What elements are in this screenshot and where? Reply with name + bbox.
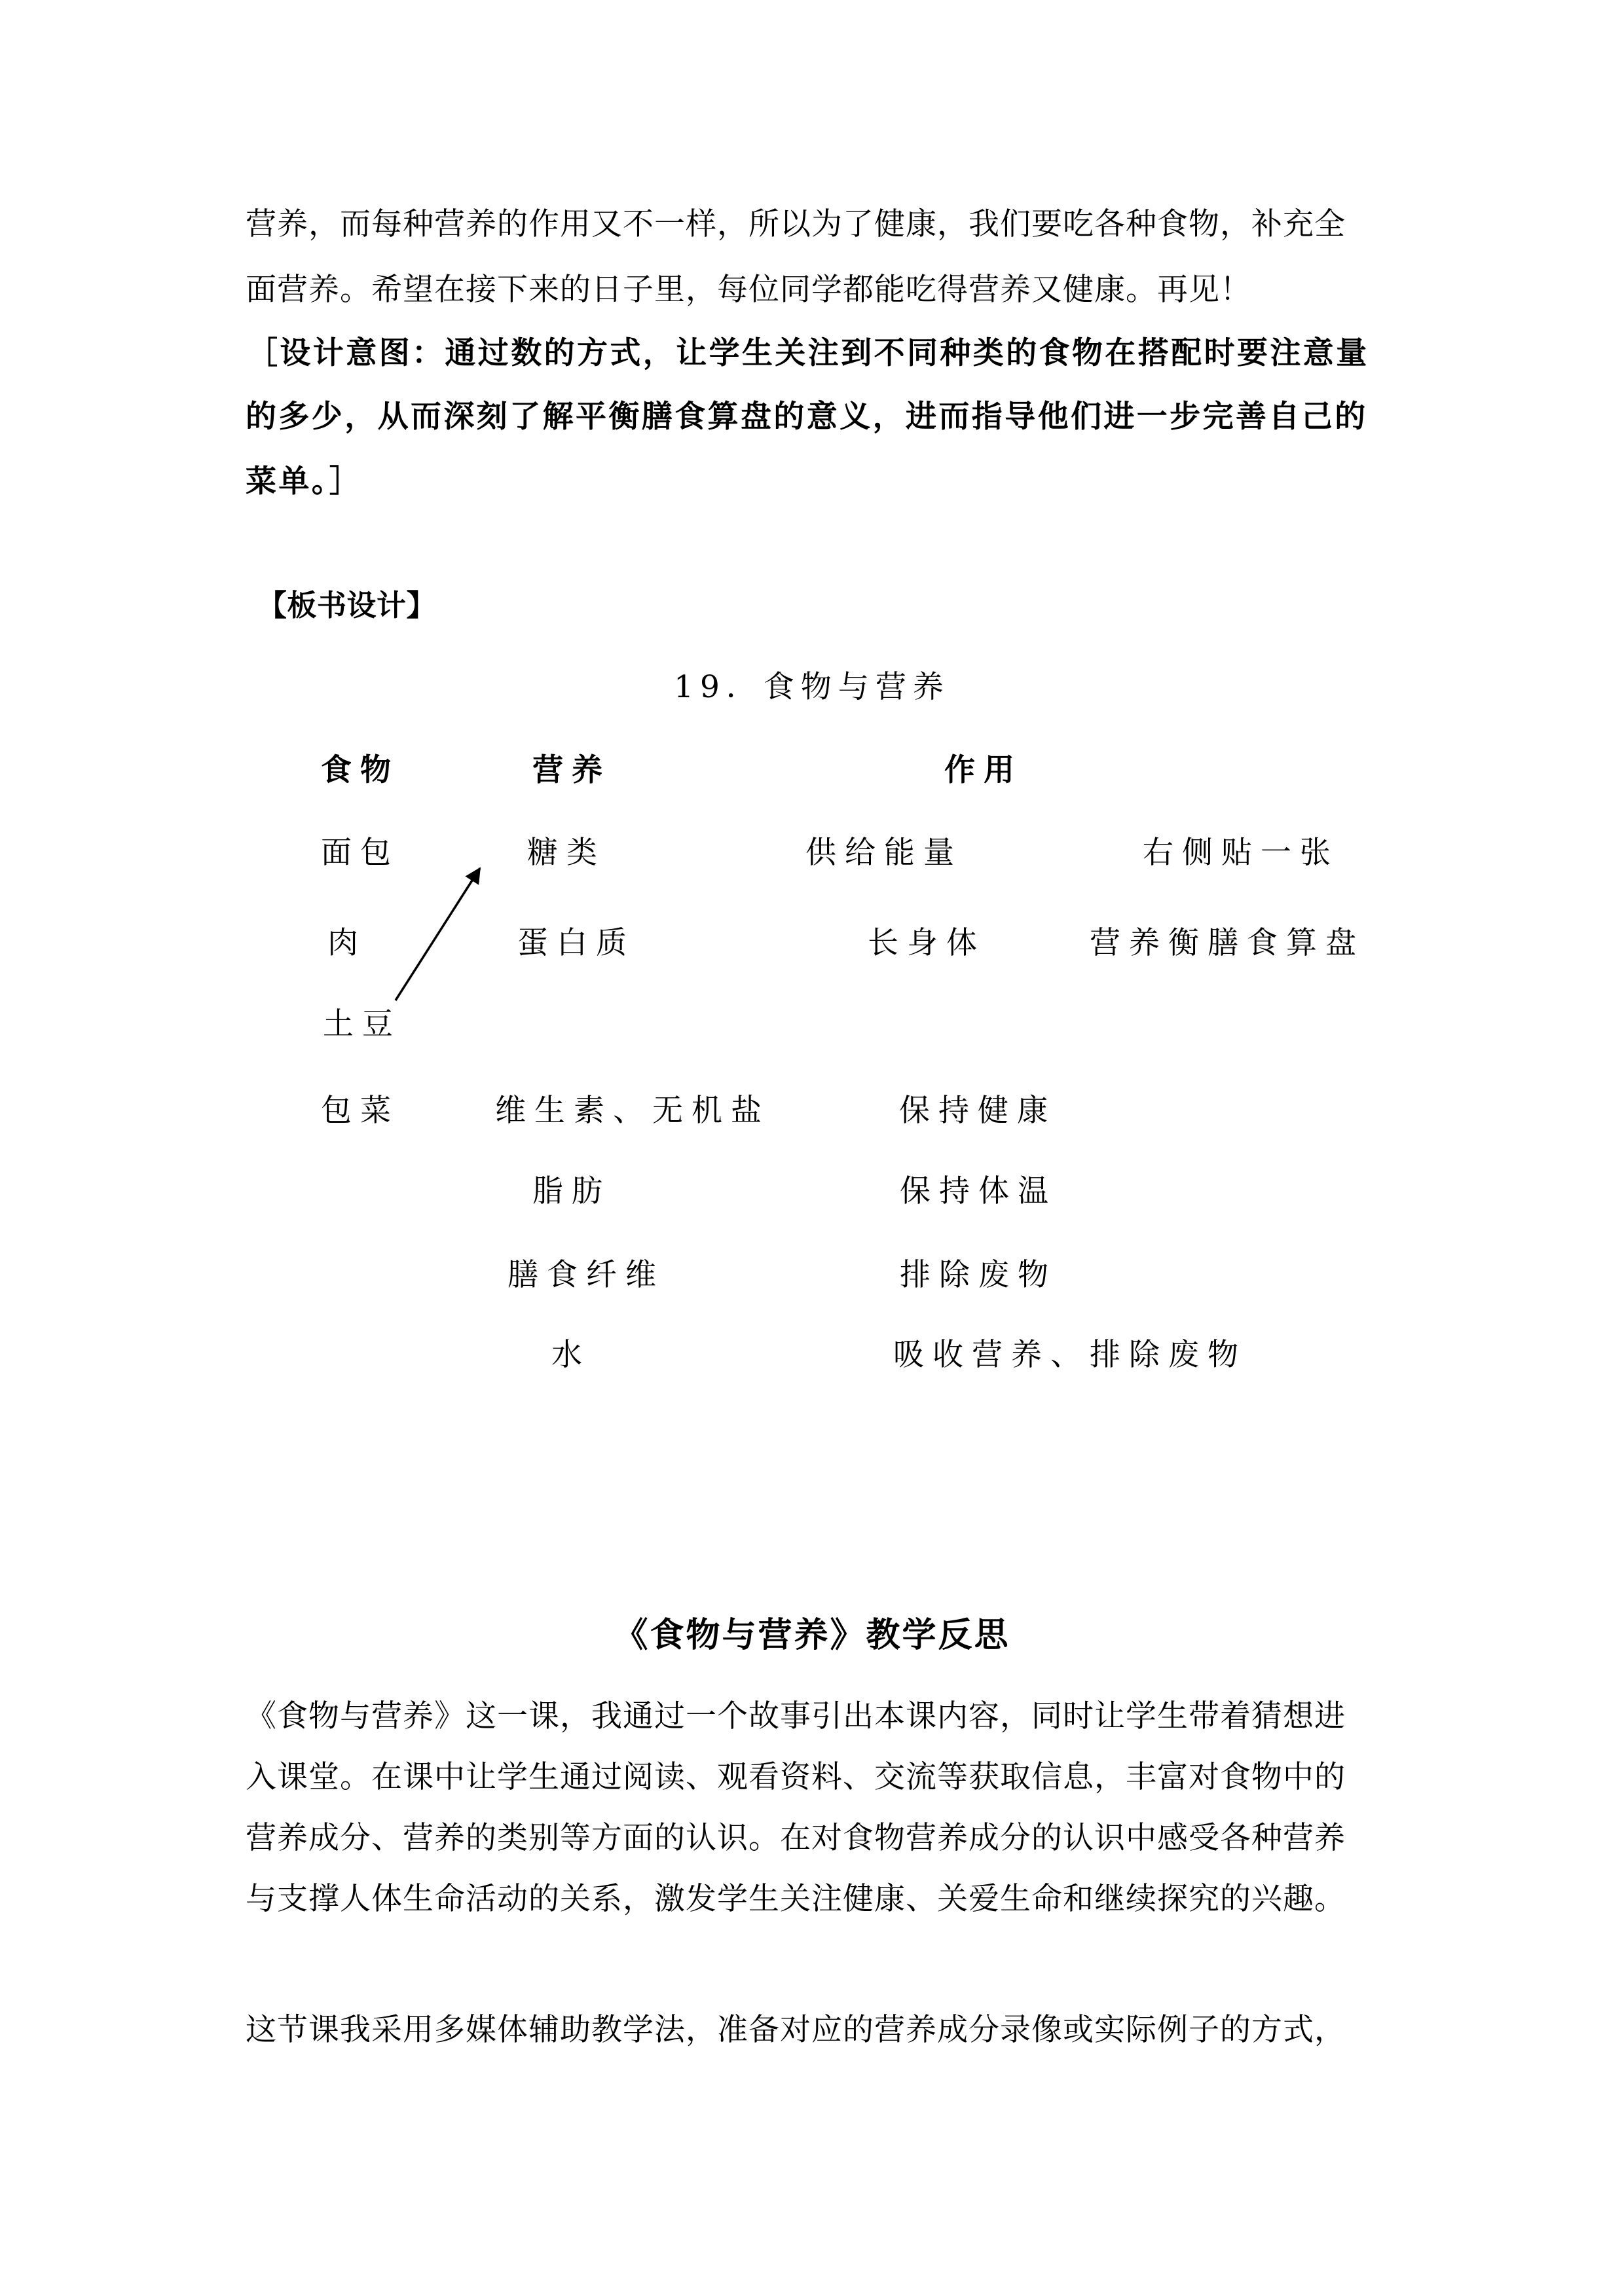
cell-potato: 土豆 bbox=[323, 1009, 401, 1040]
board-col-header-nutrient: 营养 bbox=[532, 755, 611, 786]
cell-sugars: 糖类 bbox=[527, 837, 606, 868]
board-design-heading: 【板书设计】 bbox=[257, 591, 436, 620]
design-intent-line-2: 的多少，从而深刻了解平衡膳食算盘的意义，进而指导他们进一步完善自己的 bbox=[246, 401, 1368, 432]
cell-protein: 蛋白质 bbox=[517, 928, 635, 958]
cell-absorb-nutrients-remove-waste: 吸收营养、排除废物 bbox=[893, 1339, 1247, 1370]
cell-remove-waste: 排除废物 bbox=[900, 1260, 1057, 1290]
board-col-header-food: 食物 bbox=[321, 755, 399, 786]
cell-dietary-fiber: 膳食纤维 bbox=[507, 1260, 665, 1290]
cell-keep-temperature: 保持体温 bbox=[900, 1176, 1057, 1207]
cell-bread: 面包 bbox=[321, 837, 399, 868]
reflection-line-4: 与支撑人体生命活动的关系，激发学生关注健康、关爱生命和继续探究的兴趣。 bbox=[246, 1884, 1346, 1914]
reflection-heading: 《食物与营养》教学反思 bbox=[0, 1618, 1624, 1652]
cell-fat: 脂肪 bbox=[532, 1176, 611, 1207]
reflection-line-1: 《食物与营养》这一课，我通过一个故事引出本课内容，同时让学生带着猜想进 bbox=[246, 1701, 1346, 1732]
design-intent-line-1: ［设计意图：通过数的方式，让学生关注到不同种类的食物在搭配时要注意量 bbox=[247, 338, 1369, 369]
design-intent-line-3: 菜单。］ bbox=[246, 466, 362, 497]
document-page: 营养，而每种营养的作用又不一样，所以为了健康，我们要吃各种食物，补充全 面营养。… bbox=[0, 0, 1624, 2296]
reflection-line-3: 营养成分、营养的类别等方面的认识。在对食物营养成分的认识中感受各种营养 bbox=[246, 1823, 1346, 1853]
cell-vitamins-minerals: 维生素、无机盐 bbox=[495, 1095, 770, 1126]
closing-line: 这节课我采用多媒体辅助教学法，准备对应的营养成分录像或实际例子的方式， bbox=[246, 2014, 1346, 2045]
cell-note-paste-right-side: 右侧贴一张 bbox=[1143, 837, 1339, 868]
cell-cabbage: 包菜 bbox=[321, 1095, 399, 1126]
reflection-line-2: 入课堂。在课中让学生通过阅读、观看资料、交流等获取信息，丰富对食物中的 bbox=[246, 1762, 1346, 1793]
cell-note-diet-abacus: 营养衡膳食算盘 bbox=[1090, 928, 1365, 958]
cell-grow-body: 长身体 bbox=[868, 928, 986, 958]
intro-line-1: 营养，而每种营养的作用又不一样，所以为了健康，我们要吃各种食物，补充全 bbox=[246, 209, 1346, 240]
intro-line-2: 面营养。希望在接下来的日子里，每位同学都能吃得营养又健康。再见！ bbox=[246, 274, 1251, 305]
cell-meat: 肉 bbox=[327, 928, 367, 958]
cell-water: 水 bbox=[551, 1339, 591, 1370]
arrow-up-right-icon bbox=[380, 848, 511, 1019]
board-col-header-function: 作用 bbox=[944, 755, 1023, 786]
cell-keep-health: 保持健康 bbox=[899, 1095, 1056, 1126]
lesson-title: 19．食物与营养 bbox=[0, 672, 1624, 702]
cell-supply-energy: 供给能量 bbox=[805, 837, 963, 868]
